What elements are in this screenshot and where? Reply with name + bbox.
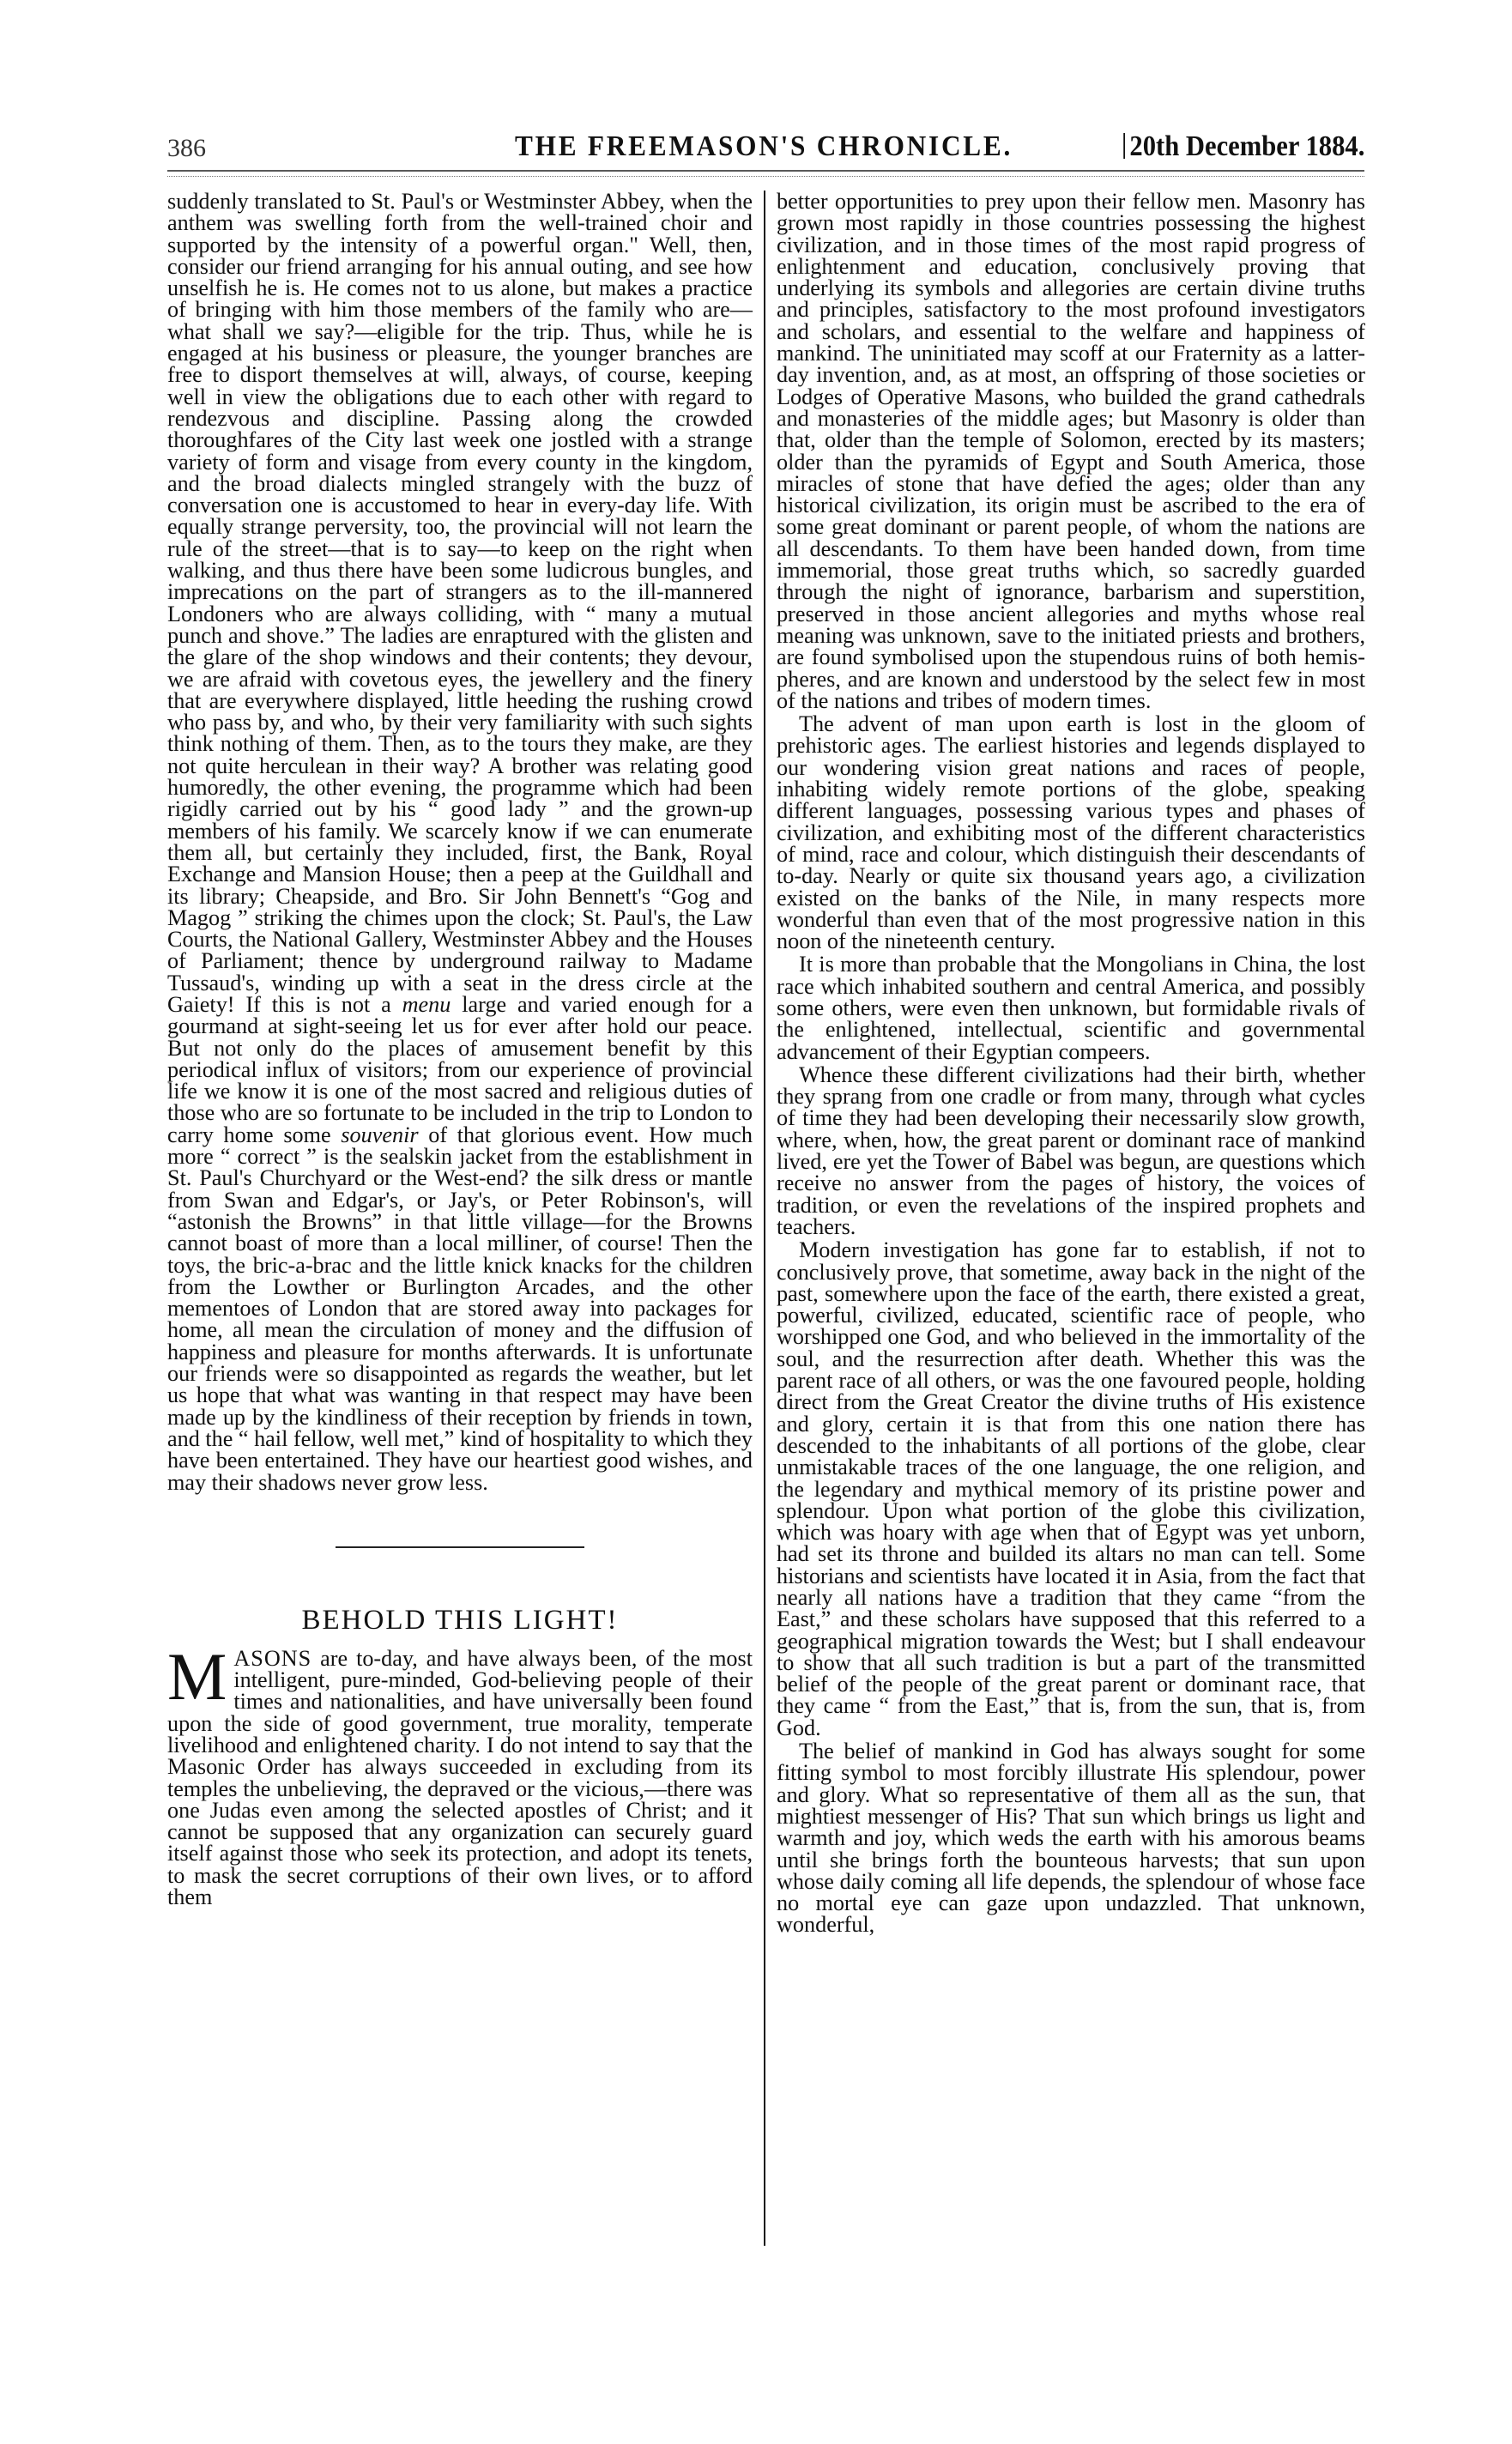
issue-date: 20th December 1884. (1123, 130, 1364, 163)
masthead-rule (167, 170, 1364, 172)
article-paragraph: Whence these different civilizations had… (777, 1064, 1365, 1237)
column-divider (764, 191, 765, 2246)
paragraph-text-part: suddenly translated to St. Paul's or Wes… (167, 189, 753, 1017)
page-number: 386 (167, 134, 206, 163)
article-paragraph: better opportunities to prey upon their … (777, 191, 1365, 711)
article-paragraph: It is more than probable that the Mongol… (777, 953, 1365, 1062)
paragraph-text-part: of that glorious event. How much more “ … (167, 1122, 753, 1495)
right-column: better opportunities to prey upon their … (777, 191, 1365, 1936)
article-paragraph: Modern investigation has gone far to est… (777, 1239, 1365, 1739)
drop-cap: M (167, 1651, 227, 1703)
article-paragraph: The advent of man upon earth is lost in … (777, 713, 1365, 952)
left-column: suddenly translated to St. Paul's or Wes… (167, 191, 753, 1908)
section-divider (336, 1546, 584, 1548)
journal-title: THE FREEMASON'S CHRONICLE. (515, 130, 1013, 163)
masthead-rule-secondary (167, 176, 1364, 177)
article-opening-paragraph: MASONS are to-day, and have always been,… (167, 1648, 753, 1909)
article-paragraph: The belief of mankind in God has always … (777, 1740, 1365, 1936)
newspaper-page: 386 THE FREEMASON'S CHRONICLE. 20th Dece… (167, 129, 1364, 163)
masthead: 386 THE FREEMASON'S CHRONICLE. 20th Dece… (167, 129, 1364, 163)
opening-paragraph-text: are to-day, and have always been, of the… (167, 1646, 753, 1909)
article-columns: suddenly translated to St. Paul's or Wes… (167, 191, 1364, 2302)
continued-article-paragraph: suddenly translated to St. Paul's or Wes… (167, 191, 753, 1493)
article-heading: BEHOLD THIS LIGHT! (167, 1603, 753, 1637)
